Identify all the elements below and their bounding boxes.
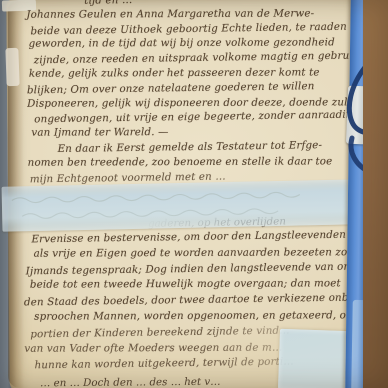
desk-background-right [363, 0, 388, 388]
tape-ghost-writing [2, 179, 359, 231]
manuscript-photo: tijd en …Johannes Geulen en Anna Margare… [0, 0, 388, 388]
manuscript-text-upper: tijd en …Johannes Geulen en Anna Margare… [26, 0, 352, 186]
tape-bit-left-edge [5, 48, 19, 86]
repair-tape-patch [278, 329, 350, 388]
repair-tape-strip [2, 179, 359, 231]
